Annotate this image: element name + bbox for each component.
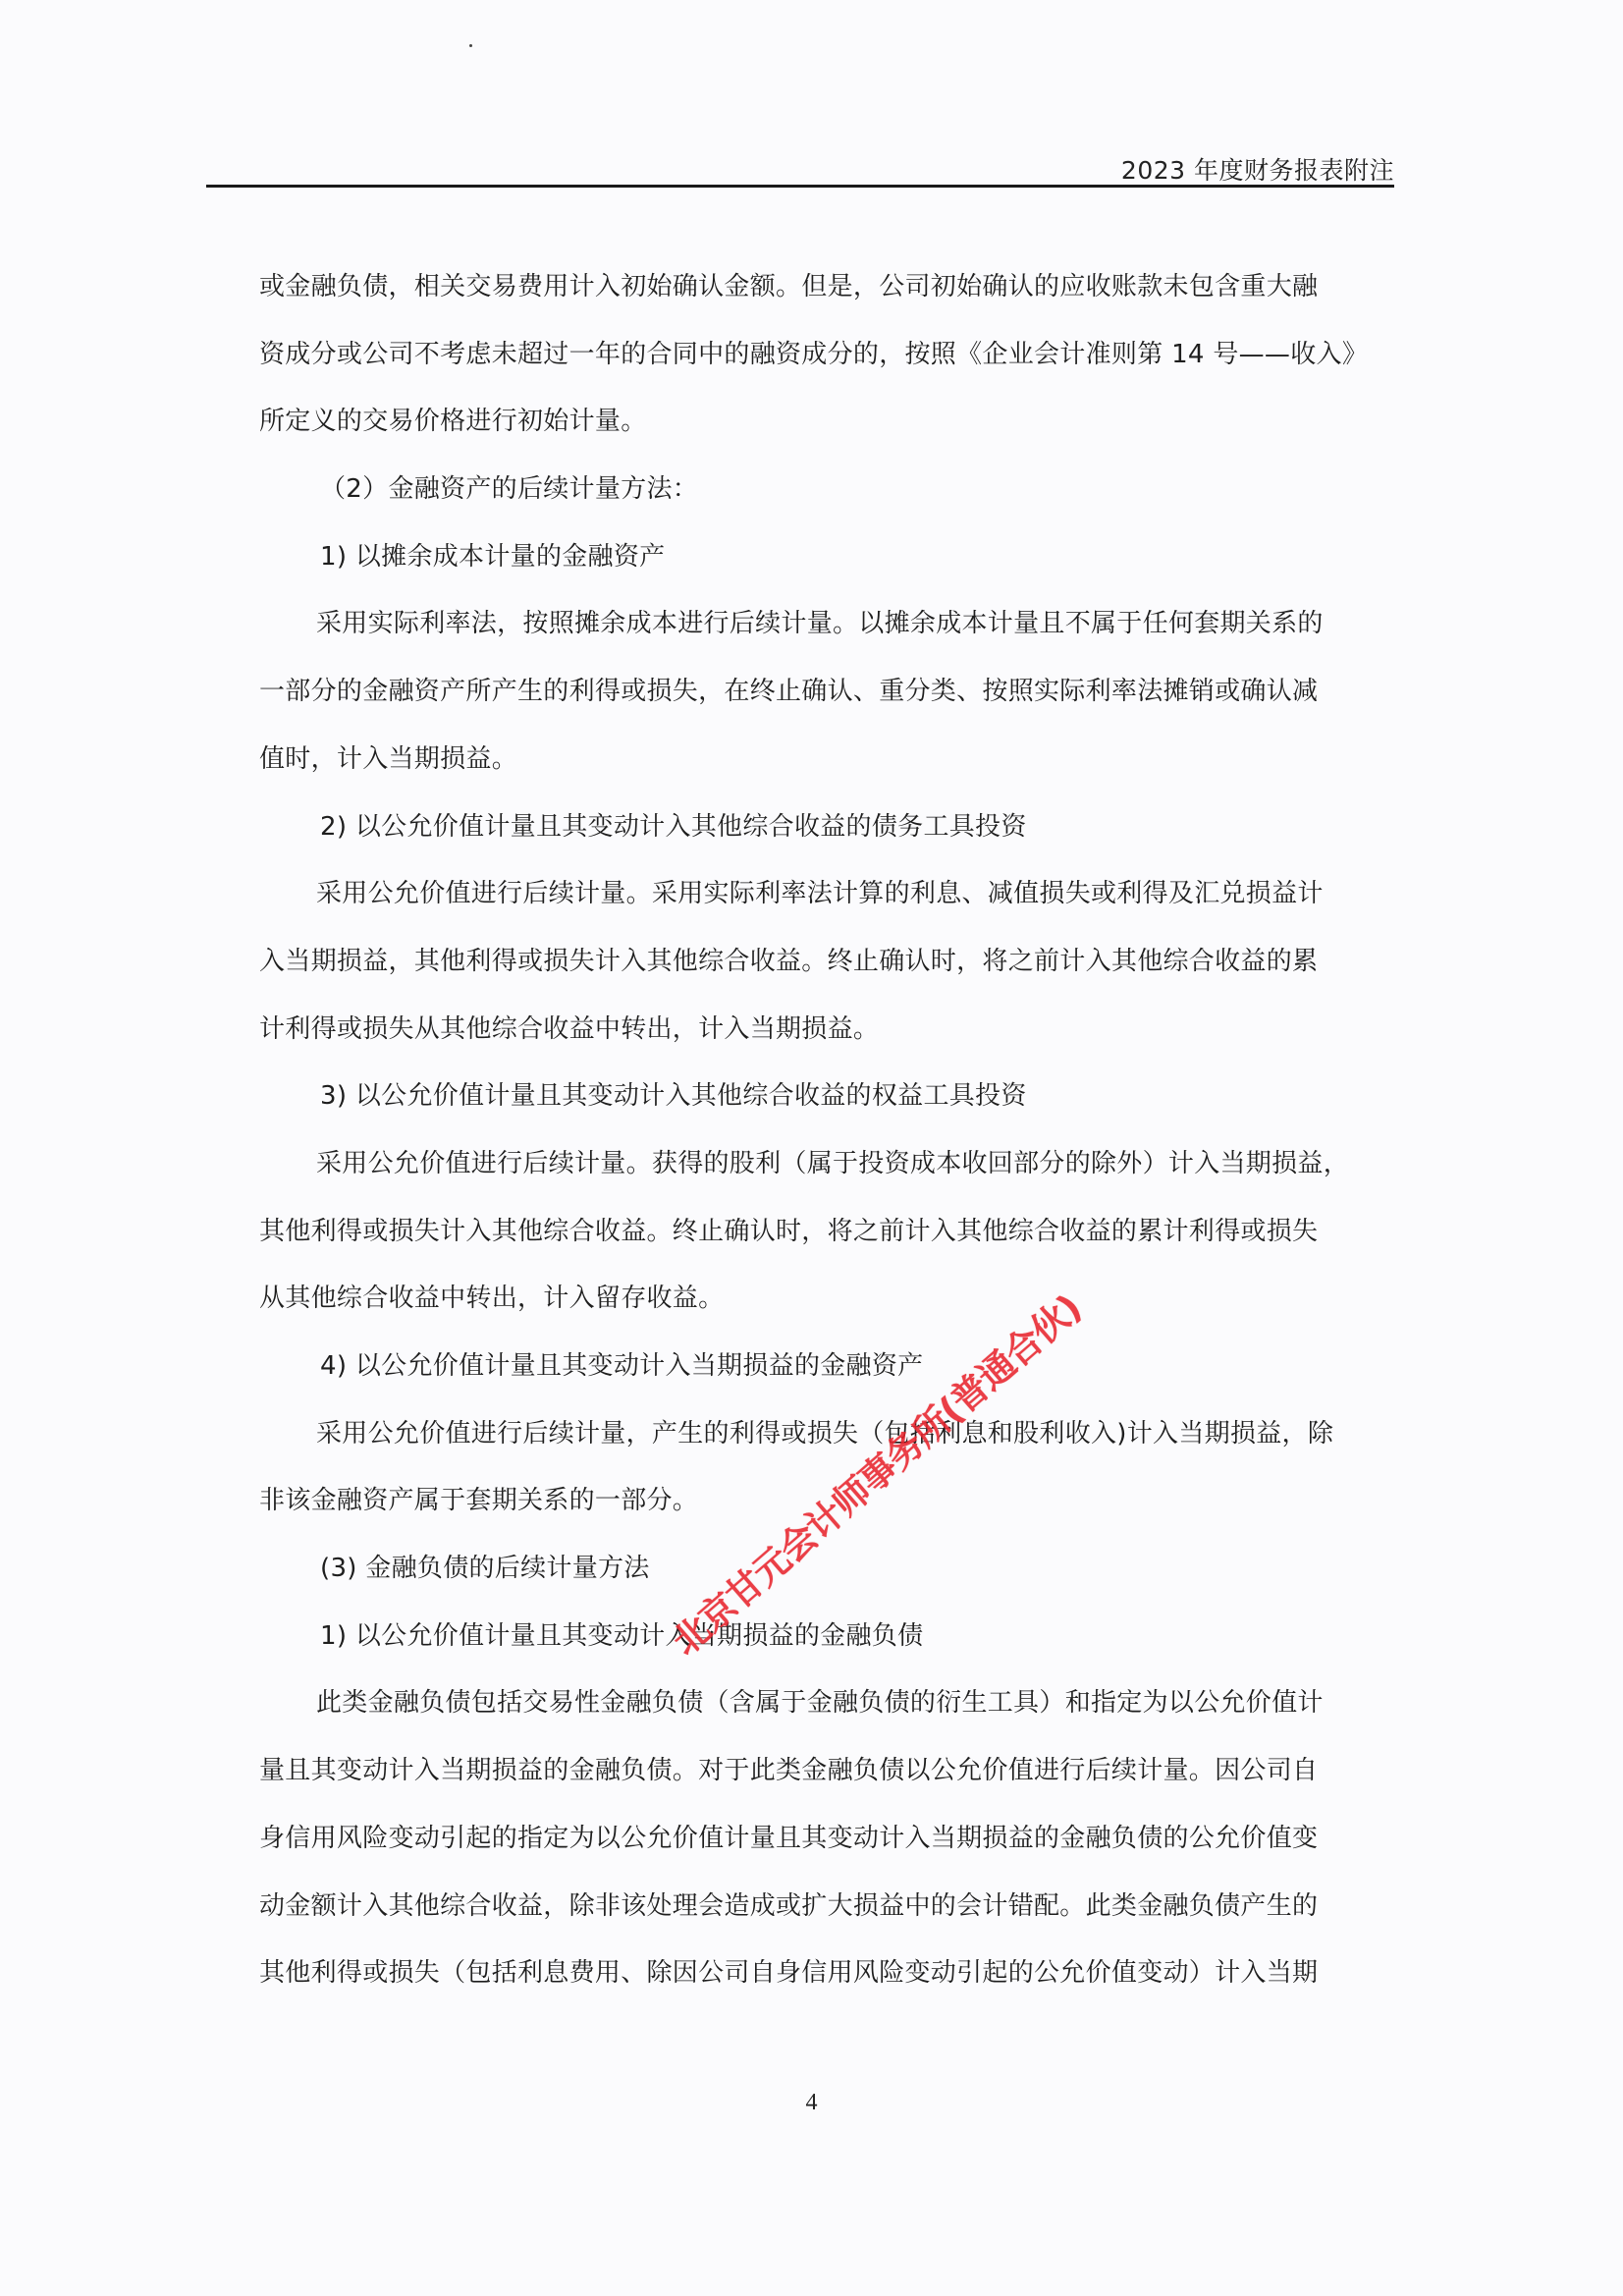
paragraph-line: 采用公允价值进行后续计量。获得的股利（属于投资成本收回部分的除外）计入当期损益， <box>259 1130 1396 1198</box>
subsection-heading: 4) 以公允价值计量且其变动计入当期损益的金融资产 <box>259 1333 1396 1400</box>
paragraph-line: 其他利得或损失（包括利息费用、除因公司自身信用风险变动引起的公允价值变动）计入当… <box>259 1940 1396 2007</box>
header-rule <box>206 185 1394 188</box>
paragraph-line: 资成分或公司不考虑未超过一年的合同中的融资成分的，按照《企业会计准则第 14 号… <box>259 321 1396 389</box>
page-header: 2023 年度财务报表附注 <box>206 147 1394 187</box>
paragraph-line: 量且其变动计入当期损益的金融负债。对于此类金融负债以公允价值进行后续计量。因公司… <box>259 1737 1396 1805</box>
page-number: 4 <box>0 2090 1623 2116</box>
subsection-heading: 1) 以公允价值计量且其变动计入当期损益的金融负债 <box>259 1603 1396 1670</box>
paragraph-line: 或金融负债，相关交易费用计入初始确认金额。但是，公司初始确认的应收账款未包含重大… <box>259 253 1396 321</box>
paragraph-line: 采用公允价值进行后续计量。采用实际利率法计算的利息、减值损失或利得及汇兑损益计 <box>259 860 1396 928</box>
paragraph-line: 值时，计入当期损益。 <box>259 726 1396 793</box>
paragraph-line: 一部分的金融资产所产生的利得或损失，在终止确认、重分类、按照实际利率法摊销或确认… <box>259 658 1396 726</box>
paragraph-line: 从其他综合收益中转出，计入留存收益。 <box>259 1265 1396 1333</box>
subsection-heading: 2) 以公允价值计量且其变动计入其他综合收益的债务工具投资 <box>259 793 1396 861</box>
paragraph-line: 身信用风险变动引起的指定为以公允价值计量且其变动计入当期损益的金融负债的公允价值… <box>259 1805 1396 1873</box>
paragraph-line: 此类金融负债包括交易性金融负债（含属于金融负债的衍生工具）和指定为以公允价值计 <box>259 1669 1396 1737</box>
paragraph-line: 动金额计入其他综合收益，除非该处理会造成或扩大损益中的会计错配。此类金融负债产生… <box>259 1873 1396 1941</box>
section-heading: （2）金融资产的后续计量方法： <box>259 456 1396 523</box>
paragraph-line: 采用实际利率法，按照摊余成本进行后续计量。以摊余成本计量且不属于任何套期关系的 <box>259 590 1396 658</box>
paragraph-line: 其他利得或损失计入其他综合收益。终止确认时，将之前计入其他综合收益的累计利得或损… <box>259 1198 1396 1266</box>
subsection-heading: 3) 以公允价值计量且其变动计入其他综合收益的权益工具投资 <box>259 1063 1396 1130</box>
subsection-heading: 1) 以摊余成本计量的金融资产 <box>259 523 1396 591</box>
scan-artifact <box>469 44 472 47</box>
document-body: 或金融负债，相关交易费用计入初始确认金额。但是，公司初始确认的应收账款未包含重大… <box>259 253 1396 2007</box>
paragraph-line: 计利得或损失从其他综合收益中转出，计入当期损益。 <box>259 996 1396 1064</box>
header-title: 2023 年度财务报表附注 <box>1121 151 1394 187</box>
paragraph-line: 所定义的交易价格进行初始计量。 <box>259 388 1396 456</box>
paragraph-line: 采用公允价值进行后续计量，产生的利得或损失（包括利息和股利收入)计入当期损益，除 <box>259 1400 1396 1468</box>
paragraph-line: 入当期损益，其他利得或损失计入其他综合收益。终止确认时，将之前计入其他综合收益的… <box>259 928 1396 996</box>
